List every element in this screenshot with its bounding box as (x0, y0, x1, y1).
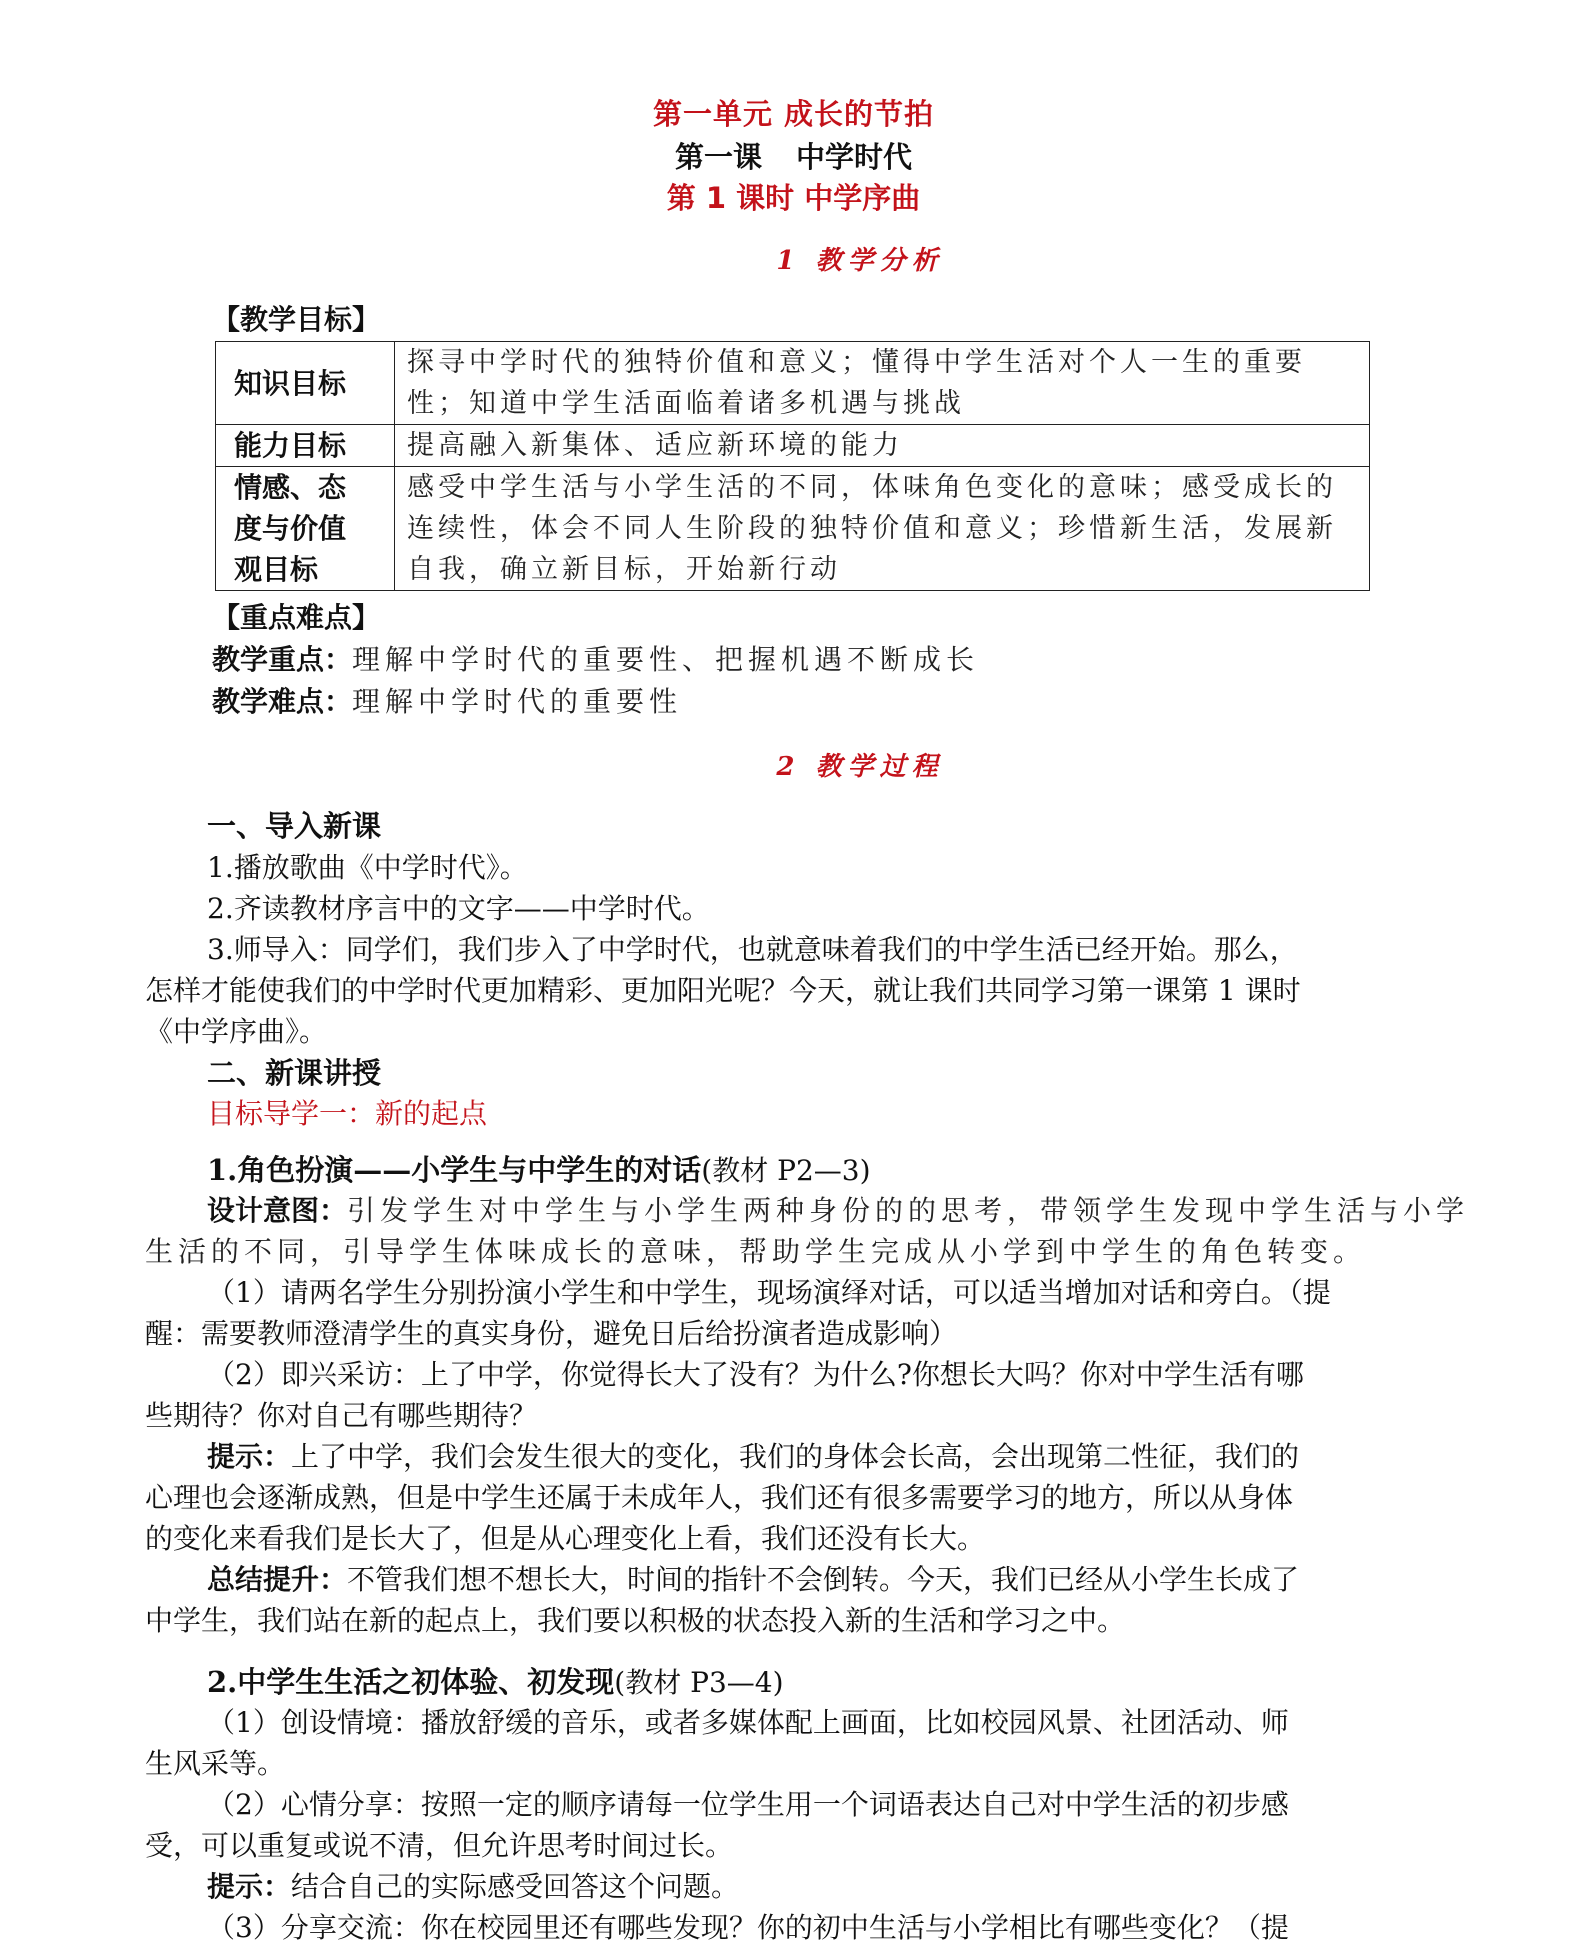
intro-item-3-cont: 《中学序曲》。 (145, 1012, 327, 1052)
activity-2-step-1-cont: 生风采等。 (145, 1744, 285, 1784)
lesson-number: 第一课 (675, 140, 762, 174)
intro-heading: 一、导入新课 (207, 806, 381, 846)
activity-1-summary: 总结提升：不管我们想不想长大，时间的指针不会倒转。今天，我们已经从小学生长成了 (207, 1560, 1299, 1600)
goals-row-knowledge: 知识目标 探寻中学时代的独特价值和意义；懂得中学生活对个人一生的重要 性；知道中… (216, 342, 1370, 425)
teaching-difficulty-text: 理解中学时代的重要性 (352, 685, 682, 718)
intro-item-3-cont: 怎样才能使我们的中学时代更加精彩、更加阳光呢？今天，就让我们共同学习第一课第 1… (145, 971, 1301, 1011)
intro-item-2: 2.齐读教材序言中的文字——中学时代。 (207, 889, 710, 929)
activity-2-step-3: （3）分享交流：你在校园里还有哪些发现？你的初中生活与小学相比有哪些变化？（提 (207, 1908, 1289, 1948)
goals-heading: 【教学目标】 (212, 300, 380, 340)
activity-1-step-1: （1）请两名学生分别扮演小学生和中学生，现场演绎对话，可以适当增加对话和旁白。（… (207, 1273, 1331, 1313)
activity-1-step-2: （2）即兴采访：上了中学，你觉得长大了没有？为什么?你想长大吗？你对中学生活有哪 (207, 1355, 1304, 1395)
goals-row-label: 情感、态 度与价值 观目标 (216, 467, 395, 591)
teaching-focus-label: 教学重点： (212, 643, 352, 676)
activity-1-hint: 提示：上了中学，我们会发生很大的变化，我们的身体会长高，会出现第二性征，我们的 (207, 1437, 1299, 1477)
goals-row-emotion: 情感、态 度与价值 观目标 感受中学生活与小学生活的不同，体味角色变化的意味；感… (216, 467, 1370, 591)
design-intent-cont: 生活的不同，引导学生体味成长的意味，帮助学生完成从小学到中学生的角色转变。 (145, 1232, 1366, 1272)
intro-item-3: 3.师导入：同学们，我们步入了中学时代，也就意味着我们的中学生活已经开始。那么， (207, 930, 1298, 970)
section-heading-process: 2 教学过程 (0, 746, 1587, 783)
activity-1-summary-cont: 中学生，我们站在新的起点上，我们要以积极的状态投入新的生活和学习之中。 (145, 1601, 1125, 1641)
activity-1-step-1-cont: 醒：需要教师澄清学生的真实身份，避免日后给扮演者造成影响） (145, 1314, 957, 1354)
teaching-focus-text: 理解中学时代的重要性、把握机遇不断成长 (352, 643, 979, 676)
intro-item-1: 1.播放歌曲《中学时代》。 (207, 848, 528, 888)
unit-title: 第一单元 成长的节拍 (0, 92, 1587, 133)
period-title: 第 1 课时 中学序曲 (0, 176, 1587, 217)
design-intent: 设计意图：引发学生对中学生与小学生两种身份的的思考，带领学生发现中学生活与小学 (207, 1191, 1469, 1231)
section-heading-analysis: 1 教学分析 (0, 240, 1587, 277)
goals-row-content: 提高融入新集体、适应新环境的能力 (395, 425, 1370, 467)
goals-row-content: 探寻中学时代的独特价值和意义；懂得中学生活对个人一生的重要 性；知道中学生活面临… (395, 342, 1370, 425)
activity-2-step-2: （2）心情分享：按照一定的顺序请每一位学生用一个词语表达自己对中学生活的初步感 (207, 1785, 1289, 1825)
activity-2-step-2-cont: 受，可以重复或说不清，但允许思考时间过长。 (145, 1826, 733, 1866)
teaching-difficulty: 教学难点：理解中学时代的重要性 (212, 682, 682, 722)
goals-table: 知识目标 探寻中学时代的独特价值和意义；懂得中学生活对个人一生的重要 性；知道中… (215, 341, 1370, 591)
goals-row-label: 能力目标 (216, 425, 395, 467)
goal-guide-1: 目标导学一：新的起点 (207, 1094, 487, 1134)
activity-2-title: 2.中学生生活之初体验、初发现(教材 P3—4) (207, 1662, 784, 1703)
key-points-heading: 【重点难点】 (212, 598, 380, 638)
activity-1-hint-cont: 心理也会逐渐成熟，但是中学生还属于未成年人，我们还有很多需要学习的地方，所以从身… (145, 1478, 1293, 1518)
teaching-difficulty-label: 教学难点： (212, 685, 352, 718)
goals-row-ability: 能力目标 提高融入新集体、适应新环境的能力 (216, 425, 1370, 467)
activity-2-hint: 提示：结合自己的实际感受回答这个问题。 (207, 1867, 739, 1907)
goals-row-label: 知识目标 (216, 342, 395, 425)
goals-row-content: 感受中学生活与小学生活的不同，体味角色变化的意味；感受成长的 连续性，体会不同人… (395, 467, 1370, 591)
teaching-focus: 教学重点：理解中学时代的重要性、把握机遇不断成长 (212, 640, 979, 680)
activity-1-hint-cont: 的变化来看我们是长大了，但是从心理变化上看，我们还没有长大。 (145, 1519, 985, 1559)
activity-2-step-1: （1）创设情境：播放舒缓的音乐，或者多媒体配上画面，比如校园风景、社团活动、师 (207, 1703, 1289, 1743)
activity-1-title: 1.角色扮演——小学生与中学生的对话(教材 P2—3) (207, 1150, 871, 1191)
new-lesson-heading: 二、新课讲授 (207, 1053, 381, 1093)
lesson-title: 第一课中学时代 (0, 135, 1587, 176)
activity-1-step-2-cont: 些期待？你对自己有哪些期待？ (145, 1396, 537, 1436)
lesson-name: 中学时代 (796, 140, 912, 174)
document-page: 第一单元 成长的节拍 第一课中学时代 第 1 课时 中学序曲 1 教学分析 【教… (0, 0, 1587, 1949)
